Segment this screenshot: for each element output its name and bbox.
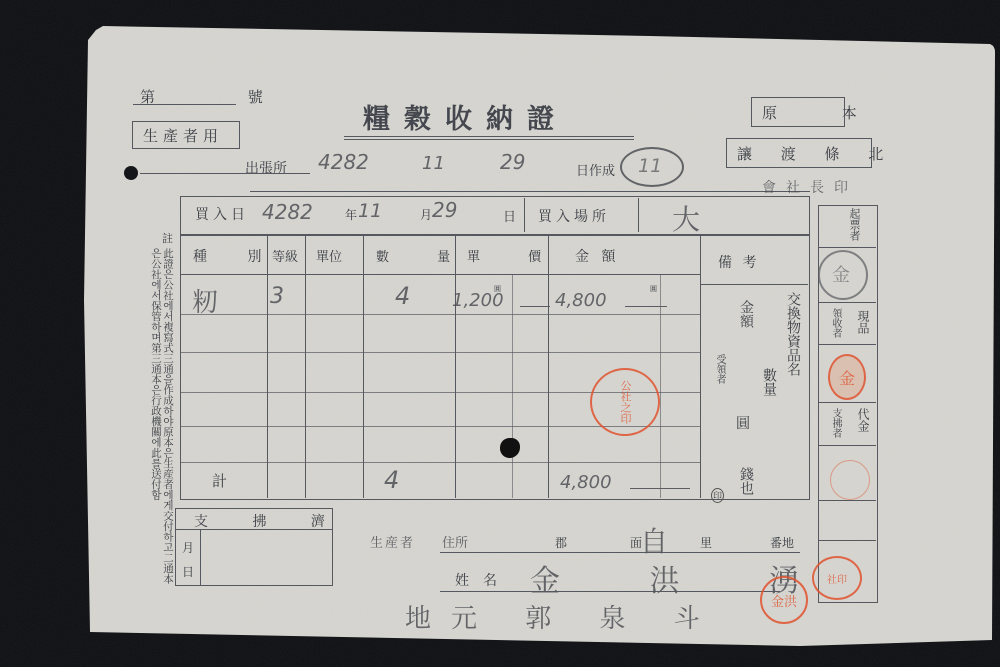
side-panel-line	[818, 402, 876, 403]
remarks-seal-mark: 印	[711, 488, 724, 503]
header-grade: 等級	[272, 246, 298, 265]
producer-lot-label: 番地	[770, 534, 794, 551]
header-unit: 單位	[316, 246, 342, 265]
header-quantity: 數 量	[376, 246, 472, 265]
checker-label: 起票者	[846, 208, 862, 241]
producer-seal: 金洪	[760, 576, 808, 624]
center-seal-text: 公社之印	[619, 380, 631, 424]
title-underline-2	[344, 139, 634, 140]
payment-month-label: 月	[182, 539, 194, 556]
producer-use-label: 生產者用	[143, 125, 223, 146]
producer-extra-handwritten: 地元 郭 泉 斗	[405, 598, 720, 635]
receipt-document: 第 號 生產者用 糧穀收納證 出張所 4282 11 29 日作成 11 原 本…	[0, 0, 1000, 667]
side-seal-top: 金	[828, 354, 866, 400]
payment-label: 代金	[855, 408, 872, 432]
branch-office-line	[140, 173, 310, 174]
col-divider	[363, 236, 364, 498]
side-panel-line	[818, 344, 876, 345]
col-divider	[700, 236, 701, 498]
row-line	[180, 352, 700, 353]
circled-number: 11	[620, 147, 684, 187]
side-panel-line	[818, 247, 876, 248]
purchase-month-handwritten: 11	[358, 200, 382, 222]
purchase-year-unit: 年	[345, 206, 357, 223]
purchase-year-handwritten: 4282	[262, 200, 313, 224]
col-divider	[455, 236, 456, 498]
goods-receiver-label: 領收者	[828, 308, 843, 338]
original-box: 原 本	[751, 97, 845, 127]
address-line	[440, 552, 800, 553]
company-box-label: 北 條 渡 讓	[737, 143, 895, 164]
remarks-header-line	[700, 284, 808, 285]
payment-day-label: 日	[182, 563, 194, 580]
purchase-place-value: 大	[672, 198, 700, 238]
cell-quantity: 4	[395, 282, 410, 310]
remarks-receiver: 受領者	[712, 354, 727, 384]
created-year-handwritten: 4282	[318, 150, 369, 174]
branch-office-label: 出張所	[245, 158, 287, 178]
payment-box-title: 支 拂 濟	[194, 511, 345, 531]
producer-myeon-handwritten: 自	[640, 520, 668, 560]
payment-handler-label: 支拂者	[828, 408, 843, 438]
purchase-divider-2	[638, 198, 639, 232]
producer-use-box: 生產者用	[132, 121, 240, 149]
note-label: 註	[162, 230, 173, 246]
punch-hole	[124, 166, 138, 180]
header-amount: 金 額	[575, 246, 619, 266]
circled-number-value: 11	[638, 155, 662, 177]
row-line	[180, 314, 700, 315]
created-day-handwritten: 29	[500, 150, 525, 174]
purchase-day-handwritten: 29	[432, 198, 457, 222]
cell-type: 籾	[192, 282, 218, 319]
remarks-jeon: 錢也	[736, 467, 756, 495]
main-table	[180, 196, 810, 500]
producer-county-label: 郡	[555, 534, 567, 551]
title-underline	[344, 136, 634, 137]
purchase-place-label: 買入場所	[538, 206, 610, 226]
purchase-date-label: 買入日	[195, 204, 249, 224]
producer-name-label: 姓名	[455, 570, 511, 590]
amount-currency-mark: 圓	[650, 284, 657, 294]
side-panel-line	[818, 540, 876, 541]
remarks-won: 圓	[736, 413, 750, 433]
purchase-month-unit: 月	[420, 206, 432, 223]
row-line	[180, 274, 700, 275]
side-panel-line	[818, 302, 876, 303]
name-line	[440, 591, 780, 592]
side-panel-line	[818, 500, 876, 501]
col-divider	[305, 236, 306, 498]
col-divider	[267, 236, 268, 498]
col-subdivider	[512, 275, 513, 498]
dash-stroke	[520, 306, 550, 307]
producer-ri-label: 里	[700, 534, 712, 551]
dash-stroke	[630, 488, 690, 489]
checker-mark: 金	[832, 261, 850, 287]
side-seal-top-text: 金	[839, 366, 855, 389]
cell-grade: 3	[270, 284, 284, 309]
dash-stroke	[625, 306, 667, 307]
note-text: 此證은公社에서複寫式三通을作成하야原本은生産者에게交付하고二通本은公社에서保管하…	[150, 248, 174, 593]
payment-box: 支 拂 濟 月 日	[175, 508, 333, 586]
serial-underline	[133, 104, 236, 105]
date-underline	[250, 191, 810, 192]
cell-amount: 4,800	[555, 290, 607, 311]
producer-address-label: 住所	[442, 532, 468, 551]
purchase-day-unit: 日	[503, 206, 516, 225]
row-line	[180, 462, 700, 463]
header-unit-price: 單 價	[467, 246, 563, 265]
price-currency-mark: 圓	[494, 284, 501, 294]
payment-box-divider	[200, 529, 201, 585]
side-panel-line	[818, 445, 876, 446]
faded-seal	[830, 460, 870, 500]
producer-label: 生産者	[370, 532, 415, 551]
company-seal-label: 會社長印	[762, 177, 858, 197]
total-label: 計	[212, 470, 227, 491]
remarks-goods-name: 交換物資品名	[783, 292, 803, 376]
total-amount: 4,800	[560, 472, 612, 493]
date-created-label: 日作成	[576, 160, 615, 179]
col-divider	[548, 236, 549, 498]
purchase-divider-1	[524, 198, 525, 232]
col-subdivider	[660, 275, 661, 498]
header-type: 種 別	[193, 246, 279, 266]
header-remarks: 備 考	[718, 252, 759, 272]
remarks-amount-label: 金額	[736, 300, 756, 328]
goods-label: 現品	[855, 310, 872, 334]
center-seal: 公社之印	[590, 368, 660, 436]
created-month-handwritten: 11	[422, 153, 445, 174]
purchase-row-bottom	[180, 234, 810, 236]
company-box: 北 條 渡 讓	[726, 138, 872, 168]
producer-seal-text: 金洪	[771, 591, 797, 610]
checker-circle: 金	[818, 250, 868, 300]
remarks-quantity: 數量	[759, 368, 779, 396]
total-quantity: 4	[384, 466, 399, 494]
document-title: 糧穀收納證	[363, 97, 568, 136]
original-label: 原 本	[762, 102, 887, 123]
